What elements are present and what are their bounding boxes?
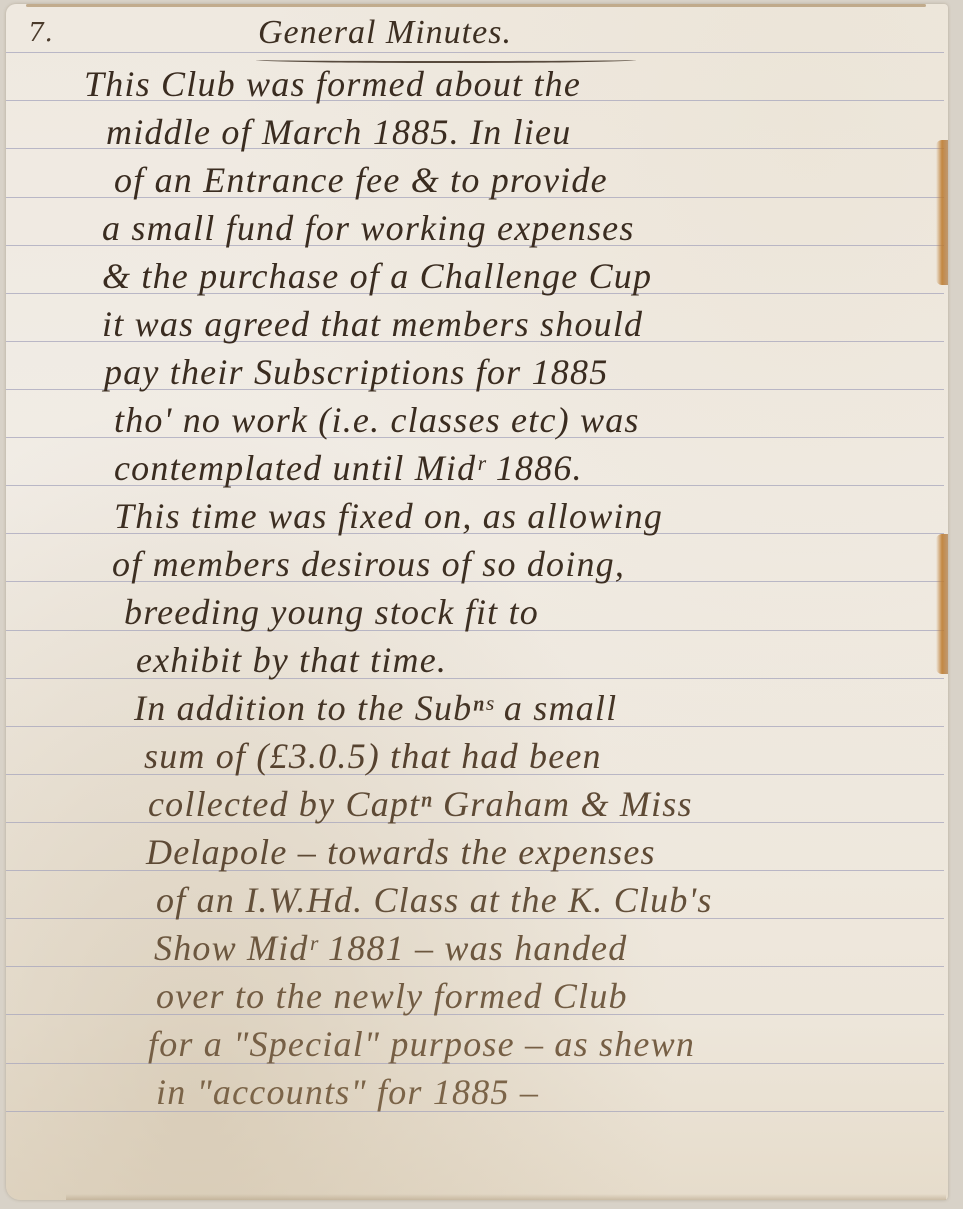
manuscript-line: a small fund for working expenses bbox=[102, 208, 635, 248]
manuscript-line: sum of (£3.0.5) that had been bbox=[144, 736, 602, 776]
manuscript-line: In addition to the Subⁿˢ a small bbox=[134, 688, 617, 728]
manuscript-page: 7. General Minutes. This Club was formed… bbox=[6, 4, 948, 1200]
page-number: 7. bbox=[28, 18, 53, 48]
manuscript-line: over to the newly formed Club bbox=[156, 976, 628, 1016]
manuscript-line: contemplated until Midʳ 1886. bbox=[114, 448, 583, 488]
manuscript-line: of an Entrance fee & to provide bbox=[114, 160, 608, 200]
manuscript-line: collected by Captⁿ Graham & Miss bbox=[148, 784, 693, 824]
title-underline bbox=[256, 57, 636, 63]
manuscript-line: Delapole – towards the expenses bbox=[146, 832, 656, 872]
manuscript-line: & the purchase of a Challenge Cup bbox=[102, 256, 652, 296]
ruled-line bbox=[6, 52, 944, 53]
manuscript-line: in "accounts" for 1885 – bbox=[156, 1072, 539, 1112]
page-top-edge bbox=[26, 4, 926, 7]
manuscript-line: exhibit by that time. bbox=[136, 640, 447, 680]
manuscript-line: of members desirous of so doing, bbox=[112, 544, 625, 584]
manuscript-line: pay their Subscriptions for 1885 bbox=[104, 352, 608, 392]
manuscript-line: breeding young stock fit to bbox=[124, 592, 539, 632]
manuscript-line: This Club was formed about the bbox=[84, 64, 581, 104]
manuscript-line: it was agreed that members should bbox=[102, 304, 643, 344]
manuscript-line: middle of March 1885. In lieu bbox=[106, 112, 571, 152]
manuscript-line: tho' no work (i.e. classes etc) was bbox=[114, 400, 640, 440]
manuscript-line: of an I.W.Hd. Class at the K. Club's bbox=[156, 880, 713, 920]
age-stain bbox=[936, 140, 948, 285]
manuscript-line: for a "Special" purpose – as shewn bbox=[148, 1024, 695, 1064]
page-bottom-edge bbox=[66, 1194, 946, 1200]
manuscript-line: This time was fixed on, as allowing bbox=[114, 496, 663, 536]
page-title: General Minutes. bbox=[258, 14, 512, 52]
manuscript-line: Show Midʳ 1881 – was handed bbox=[154, 928, 627, 968]
age-stain bbox=[936, 534, 948, 674]
